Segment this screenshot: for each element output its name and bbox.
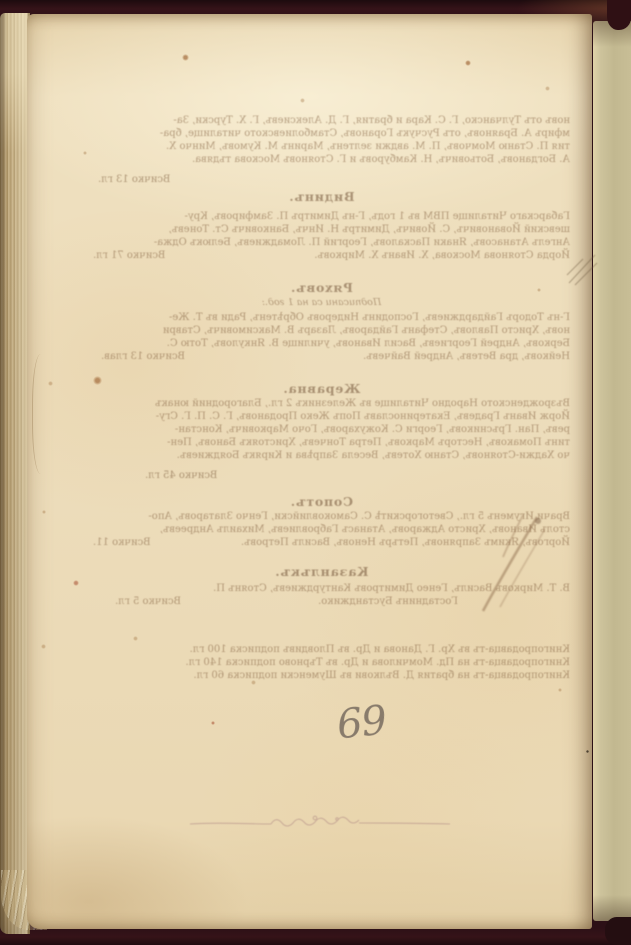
bleedthrough-line: мфиръ А. Браяновъ, отъ Русчукъ Горановъ,…	[73, 128, 570, 141]
foxing-spot	[133, 636, 138, 641]
cover-corner-top-right	[607, 0, 631, 30]
bleedthrough-line: Йорда Стоянова Москова, Х. Иванъ Х. Мирк…	[314, 250, 570, 263]
bleedthrough-line: ревъ, Пан. Гръсниковъ, Георги С. Кожухар…	[73, 424, 570, 437]
foxing-spot	[41, 644, 46, 649]
bleedthrough-total: Всичко 13 глав.	[101, 351, 185, 364]
foxing-spot	[545, 86, 550, 91]
bleedthrough-line: Йорж Иванъ Градевъ, Екатеринославъ Попъ …	[73, 411, 570, 424]
bleedthrough-heading: Ряховъ.	[73, 280, 570, 295]
bleedthrough-line: Берковъ, Андрей Георгиевъ, Васил Ивановъ…	[73, 338, 570, 351]
bleedthrough-line: А. Богдановъ, Ботьовичъ, Н. Камбуровъ и …	[73, 154, 570, 167]
foxing-spot	[251, 680, 256, 685]
bleedthrough-line: шевский Йовановичъ, С. Йовичъ, Димитръ Н…	[73, 224, 570, 237]
bleedthrough-paragraph: Възрожденското Народно Читалище въ Желез…	[73, 398, 570, 482]
bleedthrough-paragraph: Габарскаго Читалище ПВМ въ 1 годъ, Г-нъ …	[73, 211, 570, 263]
bleedthrough-line: Книгопродавца-тъ въ Хр. Г. Данова и Др. …	[73, 643, 570, 656]
book-page: новъ отъ Тулчанско, Г. С. Кара и братия,…	[27, 14, 592, 929]
foxing-spot	[465, 60, 471, 66]
foxing-spot	[211, 721, 215, 725]
foxing-spot	[182, 54, 189, 61]
fore-edge-page-stack	[0, 13, 30, 934]
bleedthrough-line: новъ, Христо Павловъ, Стефанъ Гайдаровъ,…	[73, 325, 570, 338]
foxing-spot	[300, 98, 305, 103]
foxing-spot	[83, 151, 87, 155]
bleedthrough-line: тинъ Помаковъ, Несторъ Марковъ, Петра То…	[73, 437, 570, 450]
bleedthrough-line: Г-нъ Тодоръ Гайдарджиевъ, Господинъ Ниде…	[73, 312, 570, 325]
bleedthrough-line: Книгопродавца-тъ на Пд. Момчилова и Др. …	[73, 656, 570, 669]
foxing-spot	[42, 510, 46, 514]
bleedthrough-total: Всичко 71 гл.	[93, 250, 165, 263]
bleedthrough-line: тия П. Станю Момчовъ, П. М. авджи зелтен…	[73, 141, 570, 154]
bleedthrough-text-layer: новъ отъ Тулчанско, Г. С. Кара и братия,…	[73, 14, 570, 929]
bleedthrough-paragraph: новъ отъ Тулчанско, Г. С. Кара и братия,…	[73, 115, 570, 187]
bleedthrough-heading: Жеравна.	[73, 381, 570, 396]
handwritten-page-number: 69	[335, 698, 388, 749]
bleedthrough-line: Книгопродавца-тъ на братия Д. Вълкови въ…	[73, 669, 570, 682]
bleedthrough-line: Габарскаго Читалище ПВМ въ 1 годъ, Г-нъ …	[73, 211, 570, 224]
foxing-spot	[73, 580, 79, 586]
bleedthrough-total: Всичко 45 гл.	[73, 470, 570, 483]
bleedthrough-subheading: Подписани са на 1 год.:	[73, 297, 570, 308]
gutter-scratches	[565, 247, 603, 289]
paper-crease	[32, 354, 49, 474]
bleedthrough-line: Гостаднинъ Бустанджико.	[318, 596, 458, 609]
bleedthrough-total: Всичко 11.	[93, 537, 151, 550]
bleedthrough-heading: Сопотъ.	[73, 494, 570, 509]
bleedthrough-total: Всичко 5 гл.	[115, 596, 181, 609]
foxing-spot	[558, 688, 562, 692]
bleedthrough-line: новъ отъ Тулчанско, Г. С. Кара и братия,…	[73, 115, 570, 128]
facing-page-sliver	[593, 21, 631, 921]
foxing-spot	[48, 381, 53, 386]
bleedthrough-heading: Видинъ.	[73, 189, 570, 204]
dark-speck	[586, 750, 589, 753]
bleedthrough-line: чо Хаджи-Стояновъ, Станю Хотевъ, Весела …	[73, 450, 570, 463]
foxing-spot	[93, 376, 102, 385]
bleedthrough-line: Ангелъ Атанасовъ, Янаки Паскаловъ, Георг…	[73, 237, 570, 250]
foxing-spot	[537, 288, 541, 292]
tailpiece-ornament-icon	[187, 814, 453, 832]
bleedthrough-line: Нейковъ, дра Ветевъ, Андрей Вайчевъ.	[363, 351, 570, 364]
bleedthrough-total: Всичко 13 гл.	[73, 174, 570, 187]
ink-smudge	[451, 511, 551, 621]
bleedthrough-line: Възрожденското Народно Читалище въ Желез…	[73, 398, 570, 411]
cover-corner-bottom-right	[605, 917, 631, 945]
bleedthrough-paragraph: Книгопродавца-тъ въ Хр. Г. Данова и Др. …	[73, 643, 570, 683]
book-scan: новъ отъ Тулчанско, Г. С. Кара и братия,…	[0, 0, 631, 945]
bleedthrough-paragraph: Г-нъ Тодоръ Гайдарджиевъ, Господинъ Ниде…	[73, 312, 570, 364]
